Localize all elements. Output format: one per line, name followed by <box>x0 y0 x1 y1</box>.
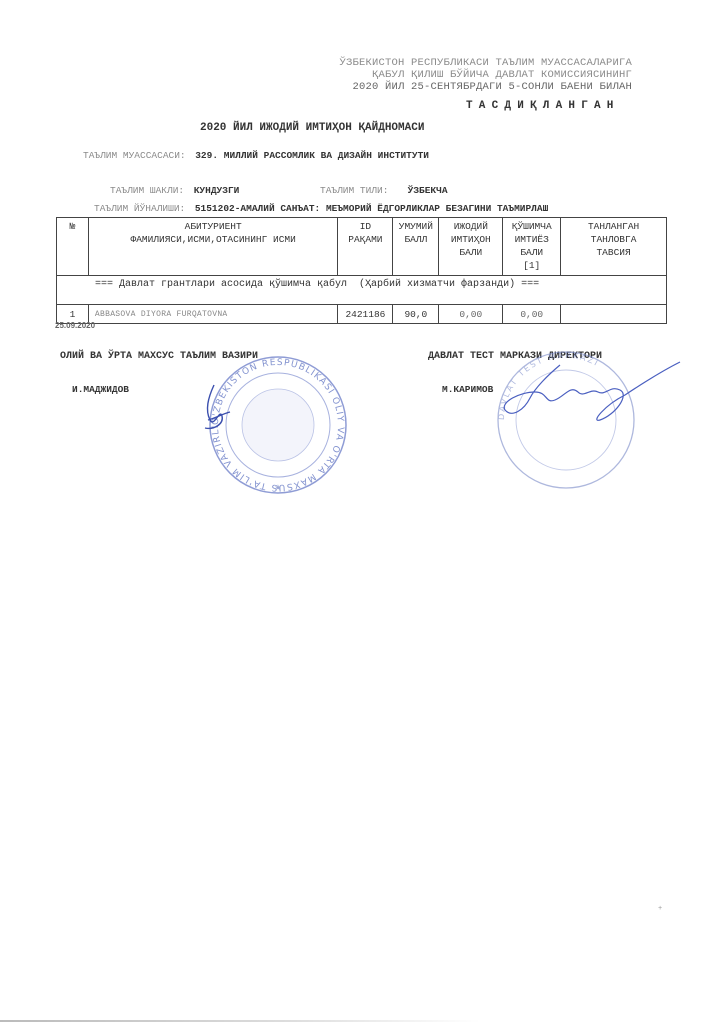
svg-text:★: ★ <box>274 483 281 492</box>
stamps-and-signatures: O'ZBEKISTON RESPUBLIKASI OLIY VA O'RTA M… <box>0 0 724 1024</box>
scan-mark-icon: + <box>658 905 662 913</box>
scan-edge-line <box>0 1020 480 1022</box>
svg-text:DAVLAT TEST MARKAZI: DAVLAT TEST MARKAZI <box>497 351 601 420</box>
ministry-stamp-icon: O'ZBEKISTON RESPUBLIKASI OLIY VA O'RTA M… <box>0 0 346 493</box>
test-center-stamp-icon: DAVLAT TEST MARKAZI <box>497 351 634 488</box>
